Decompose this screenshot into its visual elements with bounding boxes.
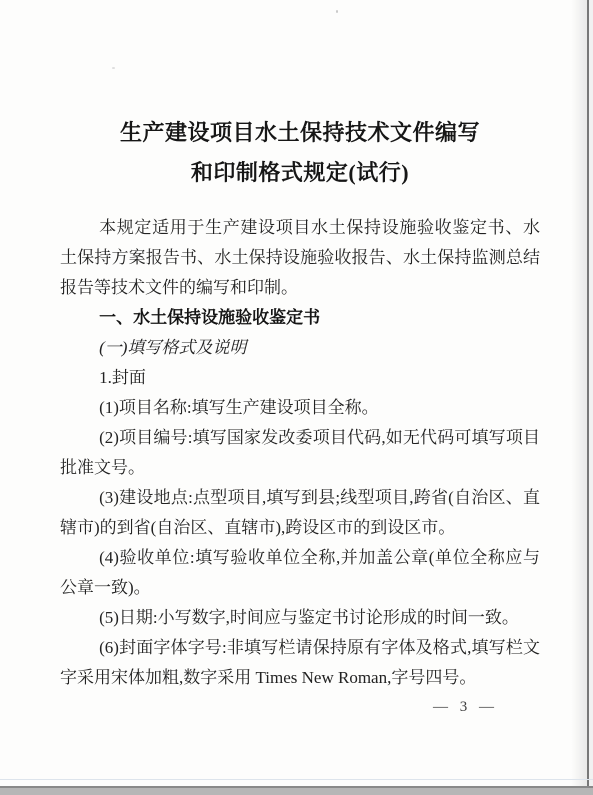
page-content: 生产建设项目水土保持技术文件编写 和印制格式规定(试行) 本规定适用于生产建设项… <box>60 0 540 693</box>
list-item-date: (5)日期:小写数字,时间应与鉴定书讨论形成的时间一致。 <box>60 603 540 633</box>
scan-speck <box>112 67 115 69</box>
scan-bottom-hairline <box>0 779 593 780</box>
subsection-heading: (一)填写格式及说明 <box>60 333 540 363</box>
scan-bottom-shadow-strip <box>0 788 593 795</box>
list-item-cover-font: (6)封面字体字号:非填写栏请保持原有字体及格式,填写栏文字采用宋体加粗,数字采… <box>60 633 540 693</box>
document-title-line-2: 和印制格式规定(试行) <box>60 153 540 193</box>
document-title-line-1: 生产建设项目水土保持技术文件编写 <box>60 113 540 153</box>
intro-paragraph: 本规定适用于生产建设项目水土保持设施验收鉴定书、水土保持方案报告书、水土保持设施… <box>60 213 540 303</box>
scanned-document-page: 生产建设项目水土保持技术文件编写 和印制格式规定(试行) 本规定适用于生产建设项… <box>0 0 593 795</box>
list-item-construction-site: (3)建设地点:点型项目,填写到县;线型项目,跨省(自治区、直辖市)的到省(自治… <box>60 483 540 543</box>
page-number: — 3 — <box>0 697 498 717</box>
scan-speck <box>336 10 338 13</box>
document-title: 生产建设项目水土保持技术文件编写 和印制格式规定(试行) <box>60 113 540 193</box>
section-heading: 一、水土保持设施验收鉴定书 <box>60 303 540 333</box>
list-item-project-number: (2)项目编号:填写国家发改委项目代码,如无代码可填写项目批准文号。 <box>60 423 540 483</box>
scan-right-outer-margin <box>589 0 593 795</box>
list-item-project-name: (1)项目名称:填写生产建设项目全称。 <box>60 393 540 423</box>
list-item-acceptance-unit: (4)验收单位:填写验收单位全称,并加盖公章(单位全称应与公章一致)。 <box>60 543 540 603</box>
document-body: 本规定适用于生产建设项目水土保持设施验收鉴定书、水土保持方案报告书、水土保持设施… <box>60 213 540 693</box>
list-item-cover: 1.封面 <box>60 363 540 393</box>
